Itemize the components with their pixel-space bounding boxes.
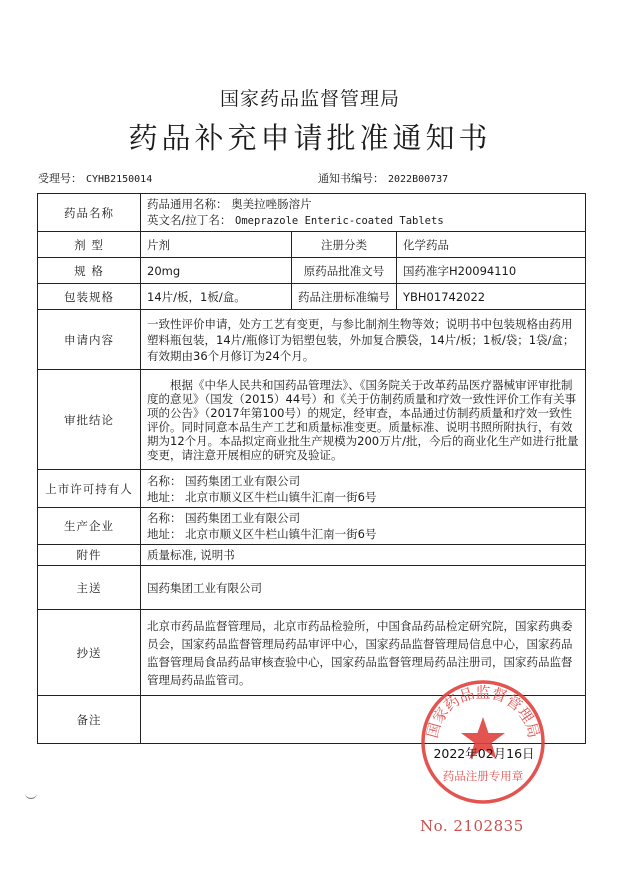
scan-mark — [25, 792, 37, 799]
standard-number-value: YBH01742022 — [397, 284, 586, 310]
holder-name-value: 国药集团工业有限公司 — [185, 474, 300, 488]
row-dosage-form: 剂 型 片剂 注册分类 化学药品 — [38, 232, 586, 258]
document-title: 药品补充申请批准通知书 — [0, 116, 620, 157]
agency-name: 国家药品监督管理局 — [0, 84, 620, 111]
row-manufacturer: 生产企业 名称： 国药集团工业有限公司 地址： 北京市顺义区牛栏山镇牛汇南一街6… — [38, 508, 586, 545]
strength-value: 20mg — [141, 258, 292, 284]
generic-name-value: 奥美拉唑肠溶片 — [231, 197, 312, 211]
conclusion-value: 根据《中华人民共和国药品管理法》、《国务院关于改革药品医疗器械审评审批制度的意见… — [141, 370, 586, 470]
approval-form-table: 药品名称 药品通用名称： 奥美拉唑肠溶片 英文名/拉丁名： Omeprazole… — [37, 193, 586, 744]
original-approval-label: 原药品批准文号 — [292, 258, 397, 284]
notice-value: 2022B00737 — [388, 174, 448, 185]
english-name-value: Omeprazole Enteric-coated Tablets — [235, 215, 444, 227]
attachments-label: 附件 — [38, 545, 141, 566]
acceptance-number: 受理号：CYHB2150014 — [38, 170, 152, 186]
drug-name-label: 药品名称 — [38, 194, 141, 232]
recipient-value: 国药集团工业有限公司 — [141, 566, 586, 610]
seal-bottom-text: 药品注册专用章 — [443, 769, 524, 783]
acceptance-value: CYHB2150014 — [86, 174, 152, 185]
dosage-form-label: 剂 型 — [38, 232, 141, 258]
issue-date: 2022年02月16日 — [422, 744, 546, 762]
row-package: 包装规格 14片/板，1板/盒。 药品注册标准编号 YBH01742022 — [38, 284, 586, 310]
serial-number: No. 2102835 — [420, 817, 524, 835]
notice-number: 通知书编号：2022B00737 — [318, 170, 448, 186]
generic-name-label: 药品通用名称： — [147, 197, 228, 211]
row-conclusion: 审批结论 根据《中华人民共和国药品管理法》、《国务院关于改革药品医疗器械审评审批… — [38, 370, 586, 470]
standard-number-label: 药品注册标准编号 — [292, 284, 397, 310]
package-value: 14片/板，1板/盒。 — [141, 284, 292, 310]
registration-class-label: 注册分类 — [292, 232, 397, 258]
notice-label: 通知书编号： — [318, 172, 384, 185]
manufacturer-label: 生产企业 — [38, 508, 141, 545]
holder-name-label: 名称： — [147, 474, 182, 488]
application-label: 申请内容 — [38, 310, 141, 370]
manufacturer-address-label: 地址： — [147, 527, 182, 541]
row-attachments: 附件 质量标准, 说明书 — [38, 545, 586, 566]
row-drug-name: 药品名称 药品通用名称： 奥美拉唑肠溶片 英文名/拉丁名： Omeprazole… — [38, 194, 586, 232]
strength-label: 规 格 — [38, 258, 141, 284]
drug-name-cell: 药品通用名称： 奥美拉唑肠溶片 英文名/拉丁名： Omeprazole Ente… — [141, 194, 586, 232]
row-recipient: 主送 国药集团工业有限公司 — [38, 566, 586, 610]
manufacturer-name-label: 名称： — [147, 511, 182, 525]
row-strength: 规 格 20mg 原药品批准文号 国药准字H20094110 — [38, 258, 586, 284]
cc-label: 抄送 — [38, 610, 141, 696]
holder-label: 上市许可持有人 — [38, 470, 141, 508]
conclusion-label: 审批结论 — [38, 370, 141, 470]
row-holder: 上市许可持有人 名称： 国药集团工业有限公司 地址： 北京市顺义区牛栏山镇牛汇南… — [38, 470, 586, 508]
holder-cell: 名称： 国药集团工业有限公司 地址： 北京市顺义区牛栏山镇牛汇南一街6号 — [141, 470, 586, 508]
dosage-form-value: 片剂 — [141, 232, 292, 258]
official-seal-icon: 国家药品监督管理局 药品注册专用章 — [420, 679, 546, 805]
recipient-label: 主送 — [38, 566, 141, 610]
english-name-label: 英文名/拉丁名： — [147, 213, 231, 227]
acceptance-label: 受理号： — [38, 172, 82, 185]
holder-address-label: 地址： — [147, 490, 182, 504]
manufacturer-name-value: 国药集团工业有限公司 — [185, 511, 300, 525]
registration-class-value: 化学药品 — [397, 232, 586, 258]
remarks-label: 备注 — [38, 696, 141, 744]
manufacturer-address-value: 北京市顺义区牛栏山镇牛汇南一街6号 — [185, 527, 376, 541]
manufacturer-cell: 名称： 国药集团工业有限公司 地址： 北京市顺义区牛栏山镇牛汇南一街6号 — [141, 508, 586, 545]
application-value: 一致性评价申请，处方工艺有变更，与参比制剂生物等效；说明书中包装规格由药用塑料瓶… — [141, 310, 586, 370]
row-application: 申请内容 一致性评价申请，处方工艺有变更，与参比制剂生物等效；说明书中包装规格由… — [38, 310, 586, 370]
holder-address-value: 北京市顺义区牛栏山镇牛汇南一街6号 — [185, 490, 376, 504]
attachments-value: 质量标准, 说明书 — [141, 545, 586, 566]
original-approval-value: 国药准字H20094110 — [397, 258, 586, 284]
package-label: 包装规格 — [38, 284, 141, 310]
